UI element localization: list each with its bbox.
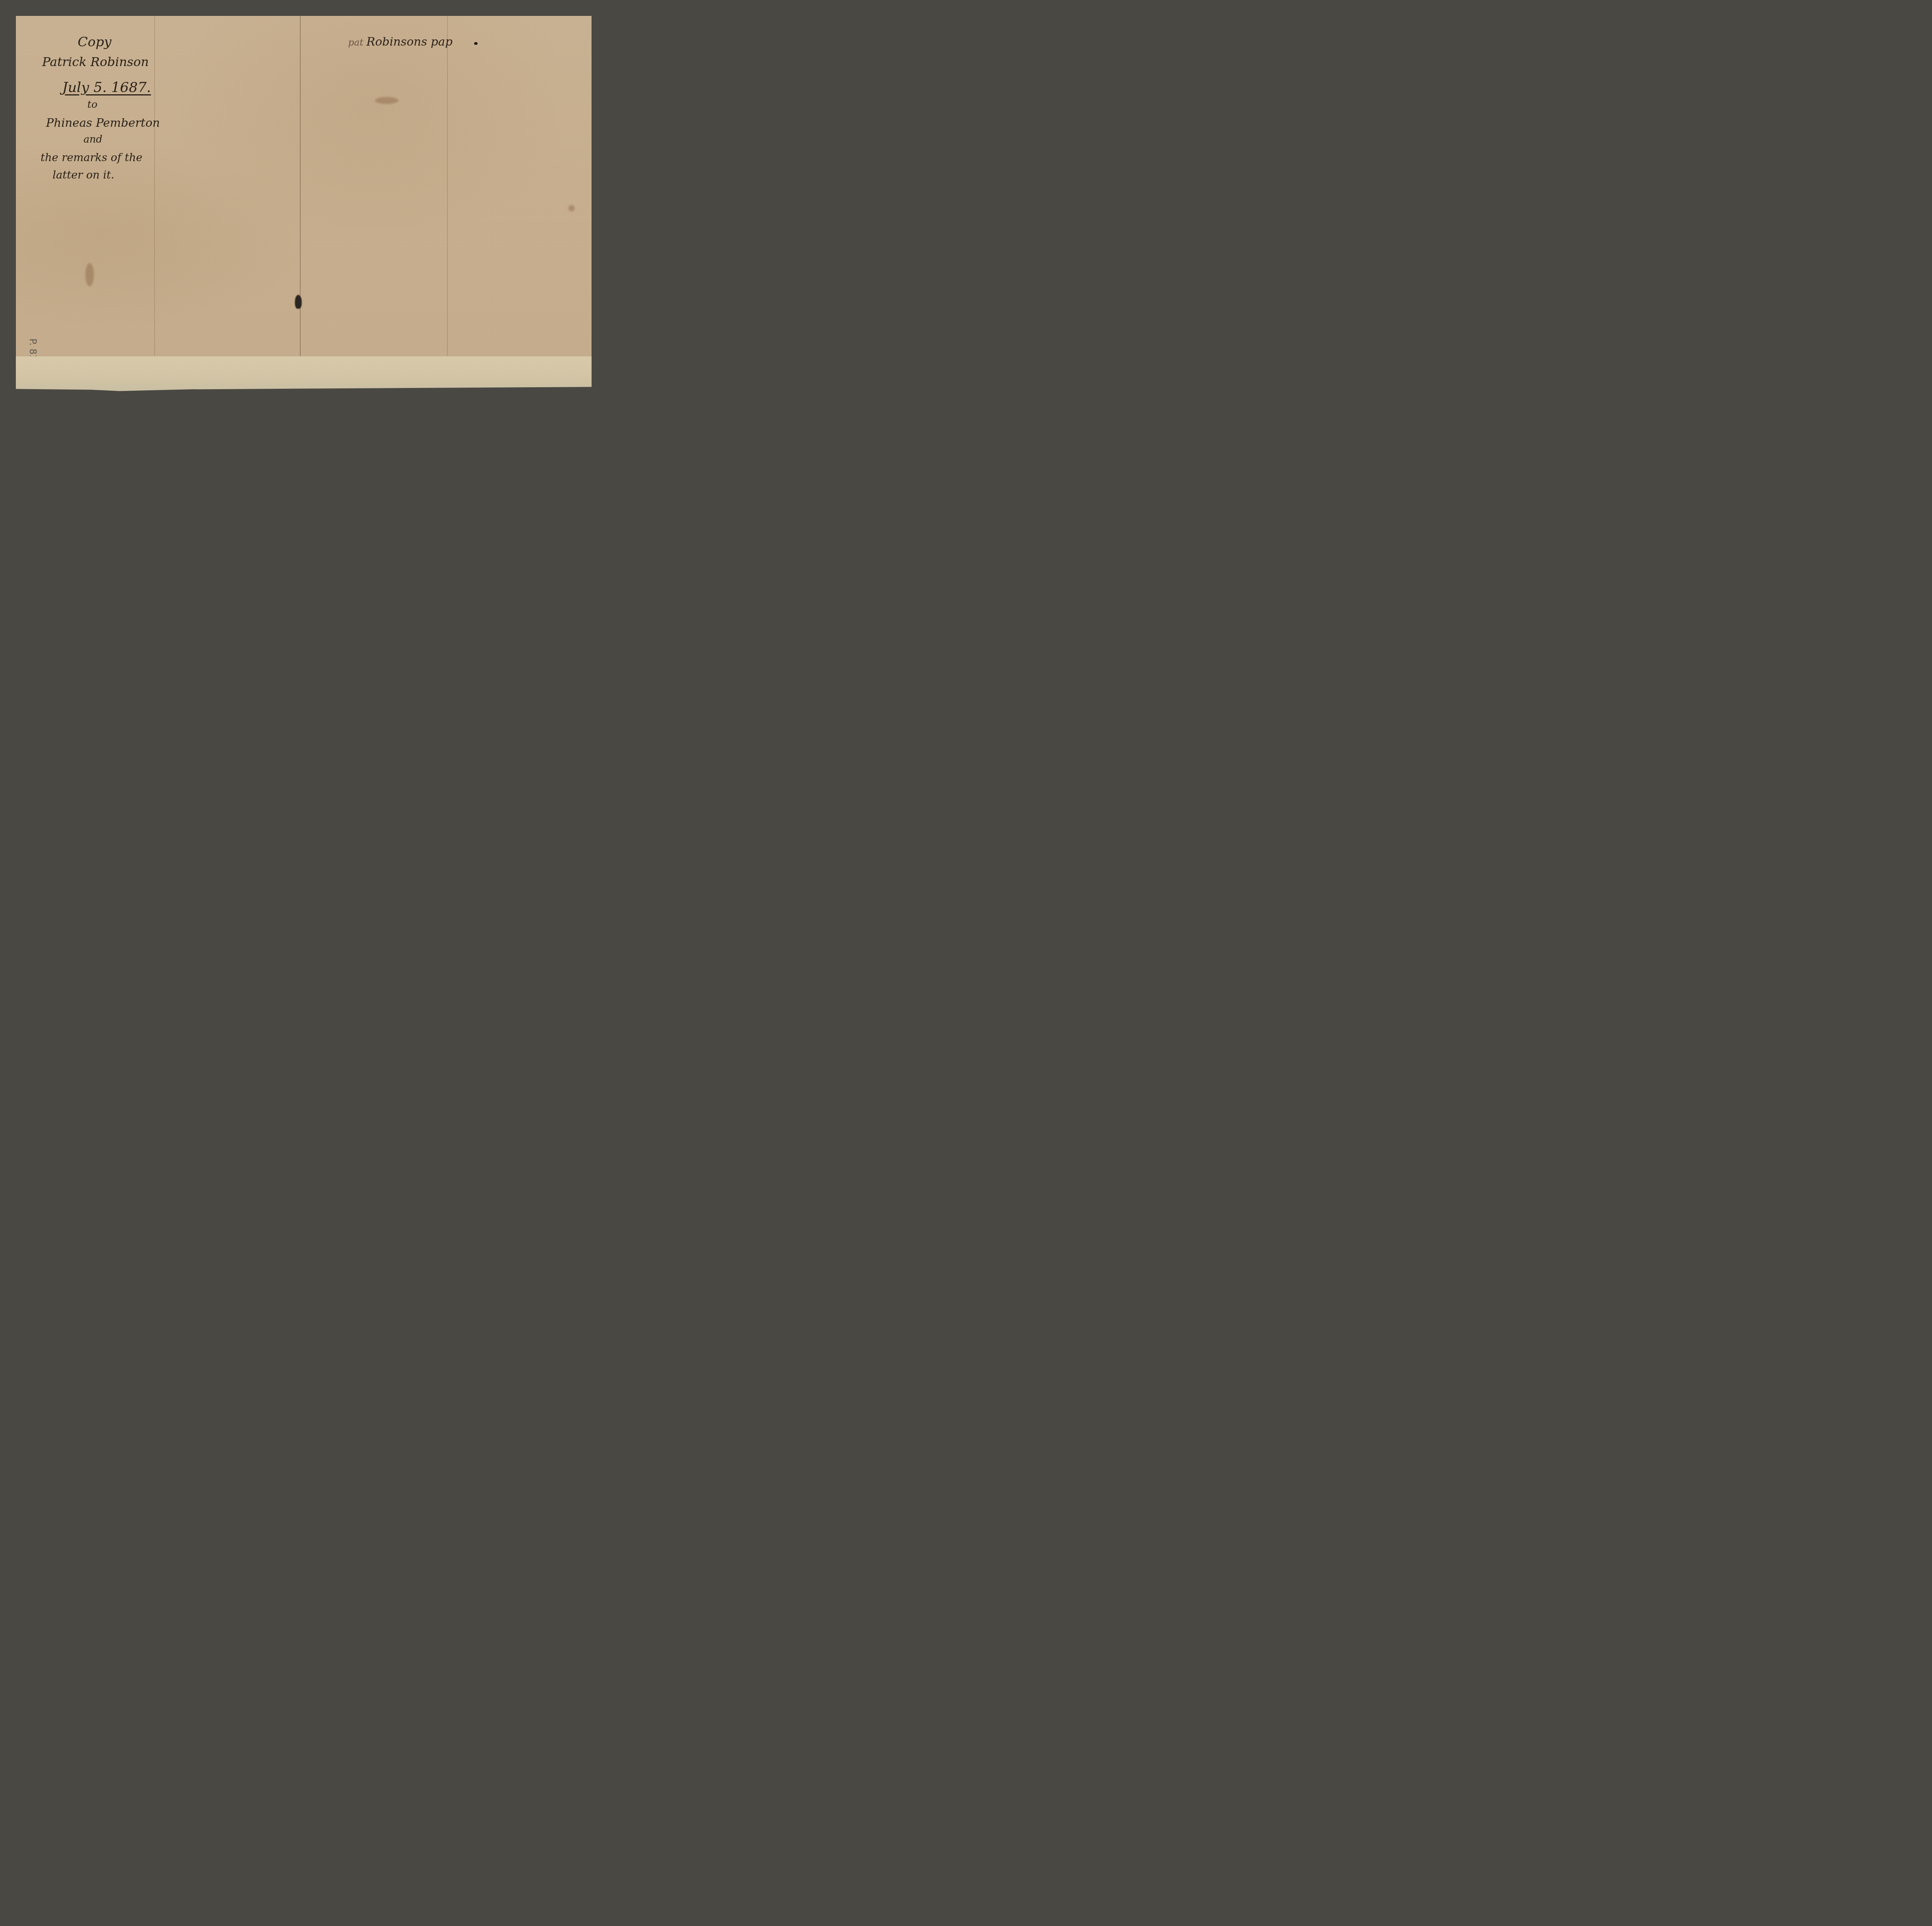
endorsement-and: and <box>83 134 102 145</box>
ink-blot <box>474 42 478 45</box>
fold-line <box>447 16 448 357</box>
manuscript-sheet: Copy Patrick Robinson July 5. 1687. to P… <box>16 16 592 357</box>
endorsement-to: to <box>87 99 97 111</box>
endorsement-copy: Copy <box>78 34 111 50</box>
endorsement-date: July 5. 1687. <box>62 80 151 95</box>
ink-stain <box>568 205 575 211</box>
paper-hole <box>294 294 302 309</box>
docket-text: Robinsons pap <box>366 35 452 49</box>
ink-stain <box>85 263 94 286</box>
endorsement-author: Patrick Robinson <box>42 54 149 69</box>
endorsement-latter: latter on it. <box>53 168 114 181</box>
endorsement-remarks: the remarks of the <box>41 151 143 164</box>
docket-note: patRobinsons pap <box>348 35 452 49</box>
fold-line <box>154 16 155 357</box>
endorsement-recipient: Phineas Pemberton <box>46 116 160 130</box>
docket-abbr: pat <box>348 37 363 48</box>
mounting-hinge-strip <box>16 356 592 391</box>
ink-stain <box>375 97 398 104</box>
